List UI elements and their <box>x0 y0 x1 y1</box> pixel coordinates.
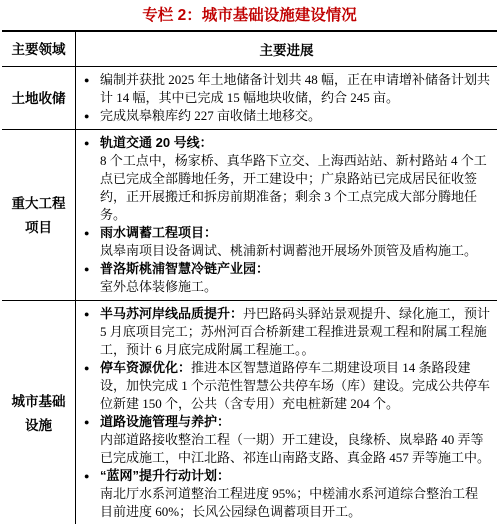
item-heading: “蓝网”提升行动计划： <box>100 468 230 483</box>
bullet-icon: ● <box>84 413 100 431</box>
area-label: 土地收储 <box>12 91 66 106</box>
bullet-icon: ● <box>84 305 100 323</box>
progress-cell: ● 轨道交通 20 号线： 8 个工点中，杨家桥、真华路下立交、上海西站站、新村… <box>76 130 497 300</box>
progress-cell: ● 编制并获批 2025 年土地储备计划共 48 幅，正在申请增补储备计划共计 … <box>76 67 497 129</box>
area-label: 重大工程 <box>12 196 66 211</box>
item-text: 编制并获批 2025 年土地储备计划共 48 幅，正在申请增补储备计划共计 14… <box>100 72 490 105</box>
bullet-icon: ● <box>84 359 100 377</box>
item-body: 岚皋南项目设备调试、桃浦新村调蓄池开展场外顶管及盾构施工。 <box>100 242 491 260</box>
area-cell: 城市基础 设施 <box>2 301 76 524</box>
progress-item: ● 停车资源优化：推进本区智慧道路停车二期建设项目 14 条路段建设，加快完成 … <box>78 359 491 413</box>
column-header-progress-label: 主要进展 <box>260 39 314 59</box>
area-label: 设施 <box>25 418 52 433</box>
column-header-area: 主要领域 <box>2 32 76 66</box>
table-header-row: 主要领域 主要进展 <box>2 32 497 66</box>
progress-table: 主要领域 主要进展 土地收储 ● 编制并获批 2025 年土地储备计划共 48 … <box>2 30 497 524</box>
item-body: 8 个工点中，杨家桥、真华路下立交、上海西站站、新村路站 4 个工点已完成全部腾… <box>100 152 491 224</box>
table-row: 城市基础 设施 ● 半马苏河岸线品质提升：丹巴路码头驿站景观提升、绿化施工，预计… <box>2 300 497 524</box>
bullet-icon: ● <box>84 134 100 152</box>
item-heading: 轨道交通 20 号线： <box>100 135 213 150</box>
progress-item: ● 普洛斯桃浦智慧冷链产业园： 室外总体装修施工。 <box>78 260 491 296</box>
progress-item: ● 轨道交通 20 号线： 8 个工点中，杨家桥、真华路下立交、上海西站站、新村… <box>78 134 491 224</box>
table-row: 土地收储 ● 编制并获批 2025 年土地储备计划共 48 幅，正在申请增补储备… <box>2 66 497 129</box>
area-label: 项目 <box>25 220 52 235</box>
bullet-icon: ● <box>84 224 100 242</box>
item-heading: 道路设施管理与养护： <box>100 414 230 429</box>
item-text: 完成岚皋粮库约 227 亩收储土地移交。 <box>100 108 321 123</box>
item-heading: 半马苏河岸线品质提升： <box>100 306 243 321</box>
column-header-progress: 主要进展 <box>76 32 497 66</box>
progress-item: ● 完成岚皋粮库约 227 亩收储土地移交。 <box>78 107 491 125</box>
area-cell: 土地收储 <box>2 67 76 129</box>
table-row: 重大工程 项目 ● 轨道交通 20 号线： 8 个工点中，杨家桥、真华路下立交、… <box>2 129 497 300</box>
progress-item: ● “蓝网”提升行动计划： 南北厅水系河道整治工程进度 95%；中槎浦水系河道综… <box>78 467 491 521</box>
bullet-icon: ● <box>84 260 100 278</box>
item-heading: 雨水调蓄工程项目： <box>100 225 217 240</box>
progress-item: ● 编制并获批 2025 年土地储备计划共 48 幅，正在申请增补储备计划共计 … <box>78 71 491 107</box>
bullet-icon: ● <box>84 467 100 485</box>
progress-item: ● 半马苏河岸线品质提升：丹巴路码头驿站景观提升、绿化施工，预计 5 月底项目完… <box>78 305 491 359</box>
item-body: 内部道路接收整治工程（一期）开工建设，良缘桥、岚皋路 40 弄等已完成施工，中江… <box>100 431 491 467</box>
progress-item: ● 雨水调蓄工程项目： 岚皋南项目设备调试、桃浦新村调蓄池开展场外顶管及盾构施工… <box>78 224 491 260</box>
area-cell: 重大工程 项目 <box>2 130 76 300</box>
column-header-area-label: 主要领域 <box>12 42 66 57</box>
item-heading: 停车资源优化： <box>100 360 191 375</box>
progress-item: ● 道路设施管理与养护： 内部道路接收整治工程（一期）开工建设，良缘桥、岚皋路 … <box>78 413 491 467</box>
column-title: 专栏 2：城市基础设施建设情况 <box>0 0 499 30</box>
item-body: 南北厅水系河道整治工程进度 95%；中槎浦水系河道综合整治工程目前进度 60%；… <box>100 485 491 521</box>
area-label: 城市基础 <box>12 394 66 409</box>
item-heading: 普洛斯桃浦智慧冷链产业园： <box>100 261 269 276</box>
bullet-icon: ● <box>84 107 100 125</box>
progress-cell: ● 半马苏河岸线品质提升：丹巴路码头驿站景观提升、绿化施工，预计 5 月底项目完… <box>76 301 497 524</box>
bullet-icon: ● <box>84 71 100 89</box>
item-body: 室外总体装修施工。 <box>100 278 491 296</box>
